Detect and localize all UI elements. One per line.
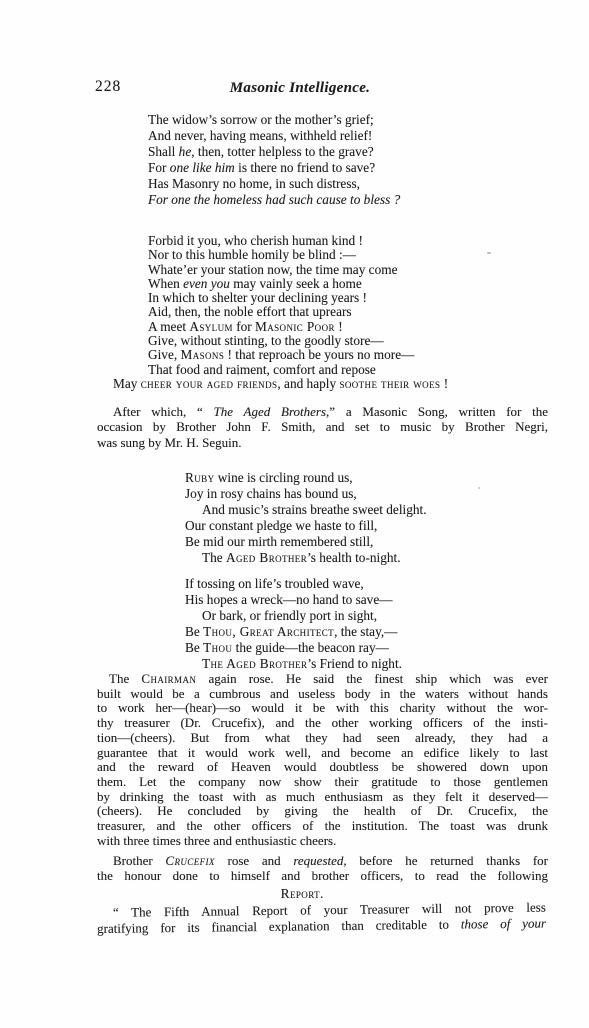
text-line: guarantee that it would work well, and b… bbox=[97, 746, 548, 761]
text-segment: His hopes a wreck—no hand to save— bbox=[185, 592, 393, 607]
text-line: Our constant pledge we haste to fill, bbox=[185, 518, 427, 534]
text-segment: may vainly seek a home bbox=[230, 276, 362, 291]
text-segment: guarantee that it would work well, and b… bbox=[97, 745, 548, 760]
text-segment: Be bbox=[185, 640, 203, 655]
text-segment: The bbox=[202, 550, 226, 565]
text-segment: Thou, Great Architect bbox=[203, 624, 334, 639]
text-line: The widow’s sorrow or the mother’s grief… bbox=[148, 112, 400, 128]
text-segment: ’s health to-night. bbox=[307, 550, 400, 565]
text-line: In which to shelter your declining years… bbox=[148, 291, 448, 305]
text-line: Or bark, or friendly port in sight, bbox=[185, 608, 402, 624]
text-segment: ,” a Masonic Song, written for the bbox=[326, 404, 548, 419]
text-line: tion—(cheers). But from what they had se… bbox=[97, 731, 548, 746]
text-segment: he bbox=[179, 144, 192, 159]
text-line: the honour done to himself and brother o… bbox=[97, 868, 548, 883]
text-segment: Shall bbox=[148, 144, 179, 159]
text-line: If tossing on life’s troubled wave, bbox=[185, 576, 402, 592]
text-segment: . bbox=[320, 886, 323, 901]
text-line: treasurer, and the other officers of the… bbox=[97, 819, 548, 834]
text-segment: by drinking the toast with as much enthu… bbox=[97, 789, 548, 804]
report-heading: Report. bbox=[97, 886, 507, 902]
text-segment: Be mid our mirth remembered still, bbox=[185, 534, 373, 549]
text-line: Give, Masons ! that reproach be yours no… bbox=[148, 348, 448, 362]
text-segment: was sung by Mr. H. Seguin. bbox=[97, 435, 241, 450]
text-line: them. Let the company now show their gra… bbox=[97, 775, 548, 790]
text-segment: ! that reproach be yours no more— bbox=[224, 347, 414, 362]
text-segment: for bbox=[233, 319, 255, 334]
text-line: Nor to this humble homily be blind :— bbox=[148, 248, 448, 262]
text-line: And music’s strains breathe sweet deligh… bbox=[185, 502, 427, 518]
text-line: with three times three and enthusiastic … bbox=[97, 834, 548, 849]
text-segment: with three times three and enthusiastic … bbox=[97, 833, 336, 848]
song-verse-ruby-wine: Ruby wine is circling round us,Joy in ro… bbox=[185, 470, 427, 566]
text-line: Be Thou the guide—the beacon ray— bbox=[185, 640, 402, 656]
text-segment: Chairman bbox=[141, 671, 196, 686]
text-segment: wine is circling round us, bbox=[214, 470, 352, 485]
text-segment: Give, bbox=[148, 347, 181, 362]
text-line: Be mid our mirth remembered still, bbox=[185, 534, 427, 550]
paragraph-chairman: The Chairman again rose. He said the fin… bbox=[97, 672, 548, 849]
text-segment: to work her—(hear)—so would it be with t… bbox=[97, 700, 548, 715]
text-line: Report. bbox=[97, 886, 507, 902]
text-line: For one the homeless had such cause to b… bbox=[148, 192, 400, 208]
text-segment: Forbid it you, who cherish human kind ! bbox=[148, 233, 363, 248]
text-segment: Asylum bbox=[189, 319, 233, 334]
text-segment: requested bbox=[293, 853, 343, 868]
text-segment: Crucefix bbox=[165, 853, 214, 868]
text-segment: A meet bbox=[148, 319, 189, 334]
text-segment: And music’s strains breathe sweet deligh… bbox=[202, 502, 427, 517]
text-segment: (cheers). He concluded by giving the hea… bbox=[97, 803, 548, 818]
text-line: Has Masonry no home, in such distress, bbox=[148, 176, 400, 192]
text-segment: one like him bbox=[170, 160, 235, 175]
text-segment: The widow’s sorrow or the mother’s grief… bbox=[148, 112, 374, 127]
text-line: built would be a cumbrous and useless bo… bbox=[97, 687, 548, 702]
text-segment: , before he returned thanks for bbox=[343, 853, 548, 868]
text-segment: Ruby bbox=[185, 470, 214, 485]
text-line: (cheers). He concluded by giving the hea… bbox=[97, 804, 548, 819]
text-line: After which, “ The Aged Brothers,” a Mas… bbox=[97, 404, 548, 419]
text-segment: the guide—the beacon ray— bbox=[232, 640, 389, 655]
text-segment: The Aged Brothers bbox=[214, 404, 327, 419]
text-line: Forbid it you, who cherish human kind ! bbox=[148, 234, 448, 248]
text-segment: ! bbox=[335, 319, 343, 334]
paragraph-after-which: After which, “ The Aged Brothers,” a Mas… bbox=[97, 404, 548, 450]
text-segment: When bbox=[148, 276, 183, 291]
text-line: Whate’er your station now, the time may … bbox=[148, 263, 448, 277]
text-segment: The Aged Brother bbox=[202, 656, 307, 671]
text-segment: rose and bbox=[215, 853, 294, 868]
text-line: A meet Asylum for Masonic Poor ! bbox=[148, 320, 448, 334]
poem-stanza-widow: The widow’s sorrow or the mother’s grief… bbox=[148, 112, 400, 209]
text-line: was sung by Mr. H. Seguin. bbox=[97, 435, 548, 450]
text-segment: even you bbox=[183, 276, 230, 291]
text-line: Ruby wine is circling round us, bbox=[185, 470, 427, 486]
text-segment: Masons bbox=[181, 347, 225, 362]
text-segment: ’s Friend to night. bbox=[307, 656, 402, 671]
text-line: Aid, then, the noble effort that uprears bbox=[148, 305, 448, 319]
scan-speck bbox=[478, 487, 480, 489]
text-segment: the honour done to himself and brother o… bbox=[97, 868, 548, 883]
text-line: May cheer your aged friends, and haply s… bbox=[113, 377, 448, 391]
text-segment: The bbox=[109, 671, 141, 686]
text-line: to work her—(hear)—so would it be with t… bbox=[97, 701, 548, 716]
song-verse-if-tossing: If tossing on life’s troubled wave,His h… bbox=[185, 576, 402, 671]
text-segment: Aid, then, the noble effort that uprears bbox=[148, 304, 352, 319]
running-head-title: Masonic Intelligence. bbox=[110, 80, 490, 97]
text-segment: soothe their woes bbox=[339, 376, 440, 391]
text-line: Joy in rosy chains has bound us, bbox=[185, 486, 427, 502]
text-segment: Masonic Poor bbox=[255, 319, 335, 334]
text-line: thy treasurer (Dr. Crucefix), and the ot… bbox=[97, 716, 548, 731]
paragraph-report-opening: “ The Fifth Annual Report of your Treasu… bbox=[97, 900, 546, 937]
text-segment: those of your bbox=[461, 915, 546, 931]
text-segment: thy treasurer (Dr. Crucefix), and the ot… bbox=[97, 715, 548, 730]
text-line: occasion by Brother John F. Smith, and s… bbox=[97, 419, 548, 434]
text-segment: again rose. He said the finest ship whic… bbox=[196, 671, 548, 686]
text-line: For one like him is there no friend to s… bbox=[148, 160, 400, 176]
text-segment: Give, without stinting, to the goodly st… bbox=[148, 333, 384, 348]
text-line: When even you may vainly seek a home bbox=[148, 277, 448, 291]
text-segment: Thou bbox=[203, 640, 232, 655]
text-line: Be Thou, Great Architect, the stay,— bbox=[185, 624, 402, 640]
text-segment: , the stay,— bbox=[334, 624, 397, 639]
text-segment: Or bark, or friendly port in sight, bbox=[202, 608, 377, 623]
paragraph-crucefix: Brother Crucefix rose and requested, bef… bbox=[97, 853, 548, 883]
text-segment: Has Masonry no home, in such distress, bbox=[148, 176, 360, 191]
scanned-book-page: 228 Masonic Intelligence. The widow’s so… bbox=[0, 0, 589, 1028]
text-line: The Chairman again rose. He said the fin… bbox=[97, 672, 548, 687]
text-segment: is there no friend to save? bbox=[235, 160, 375, 175]
poem-stanza-forbid: Forbid it you, who cherish human kind !N… bbox=[148, 234, 448, 391]
text-segment: gratifying for its financial explanation… bbox=[97, 916, 461, 935]
text-segment: Our constant pledge we haste to fill, bbox=[185, 518, 377, 533]
text-segment: If tossing on life’s troubled wave, bbox=[185, 576, 364, 591]
text-segment: ! bbox=[440, 376, 448, 391]
text-segment: treasurer, and the other officers of the… bbox=[97, 818, 548, 833]
text-segment: Whate’er your station now, the time may … bbox=[148, 262, 397, 277]
text-segment: and the reward of Heaven would doubtless… bbox=[97, 759, 548, 774]
text-line: The Aged Brother’s Friend to night. bbox=[185, 656, 402, 672]
text-segment: And never, having means, withheld relief… bbox=[148, 128, 372, 143]
scan-speck bbox=[487, 252, 491, 254]
text-segment: May bbox=[113, 376, 141, 391]
text-line: And never, having means, withheld relief… bbox=[148, 128, 400, 144]
text-segment: Report bbox=[281, 886, 320, 901]
scan-speck bbox=[237, 374, 239, 376]
text-segment: After which, “ bbox=[113, 404, 214, 419]
text-line: That food and raiment, comfort and repos… bbox=[148, 363, 448, 377]
text-segment: built would be a cumbrous and useless bo… bbox=[97, 686, 548, 701]
text-line: Brother Crucefix rose and requested, bef… bbox=[97, 853, 548, 868]
text-line: Give, without stinting, to the goodly st… bbox=[148, 334, 448, 348]
text-segment: Nor to this humble homily be blind :— bbox=[148, 247, 356, 262]
text-segment: Brother bbox=[113, 853, 165, 868]
text-segment: occasion by Brother John F. Smith, and s… bbox=[97, 419, 548, 434]
text-segment: Joy in rosy chains has bound us, bbox=[185, 486, 357, 501]
text-segment: tion—(cheers). But from what they had se… bbox=[97, 730, 548, 745]
text-line: and the reward of Heaven would doubtless… bbox=[97, 760, 548, 775]
text-segment: , and haply bbox=[277, 376, 339, 391]
text-line: His hopes a wreck—no hand to save— bbox=[185, 592, 402, 608]
text-segment: cheer your aged friends bbox=[141, 376, 278, 391]
text-segment: That food and raiment, comfort and repos… bbox=[148, 362, 376, 377]
text-line: by drinking the toast with as much enthu… bbox=[97, 790, 548, 805]
text-line: Shall he, then, totter helpless to the g… bbox=[148, 144, 400, 160]
text-segment: , then, totter helpless to the grave? bbox=[191, 144, 373, 159]
text-segment: For bbox=[148, 160, 170, 175]
text-segment: them. Let the company now show their gra… bbox=[97, 774, 548, 789]
text-segment: For one the homeless had such cause to b… bbox=[148, 192, 400, 207]
text-segment: Aged Brother bbox=[226, 550, 307, 565]
text-line: The Aged Brother’s health to-night. bbox=[185, 550, 427, 566]
text-segment: In which to shelter your declining years… bbox=[148, 290, 367, 305]
text-segment: Be bbox=[185, 624, 203, 639]
